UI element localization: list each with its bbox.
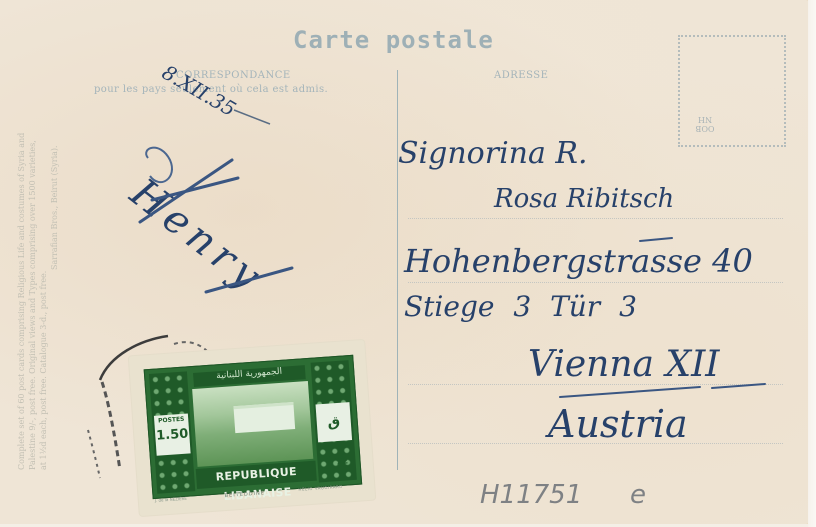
postage-stamp: الجمهورية اللبنانية POSTES 1.50 ق ١½ REP… bbox=[129, 340, 376, 516]
stamp-postes-label: POSTES bbox=[154, 415, 188, 424]
postmark-cancellation bbox=[0, 0, 816, 527]
stamp-scene-beiteddine bbox=[192, 381, 313, 467]
stamp-value: 1.50 bbox=[155, 426, 190, 443]
palace-illustration bbox=[233, 402, 295, 433]
stamp-arabic-value: ق ١½ bbox=[316, 402, 353, 442]
stamp-engraver: J. de la NÉZIÈRE bbox=[155, 496, 187, 503]
stamp-design: الجمهورية اللبنانية POSTES 1.50 ق ١½ REP… bbox=[144, 355, 363, 499]
stamp-value-panel: POSTES 1.50 bbox=[154, 413, 191, 455]
